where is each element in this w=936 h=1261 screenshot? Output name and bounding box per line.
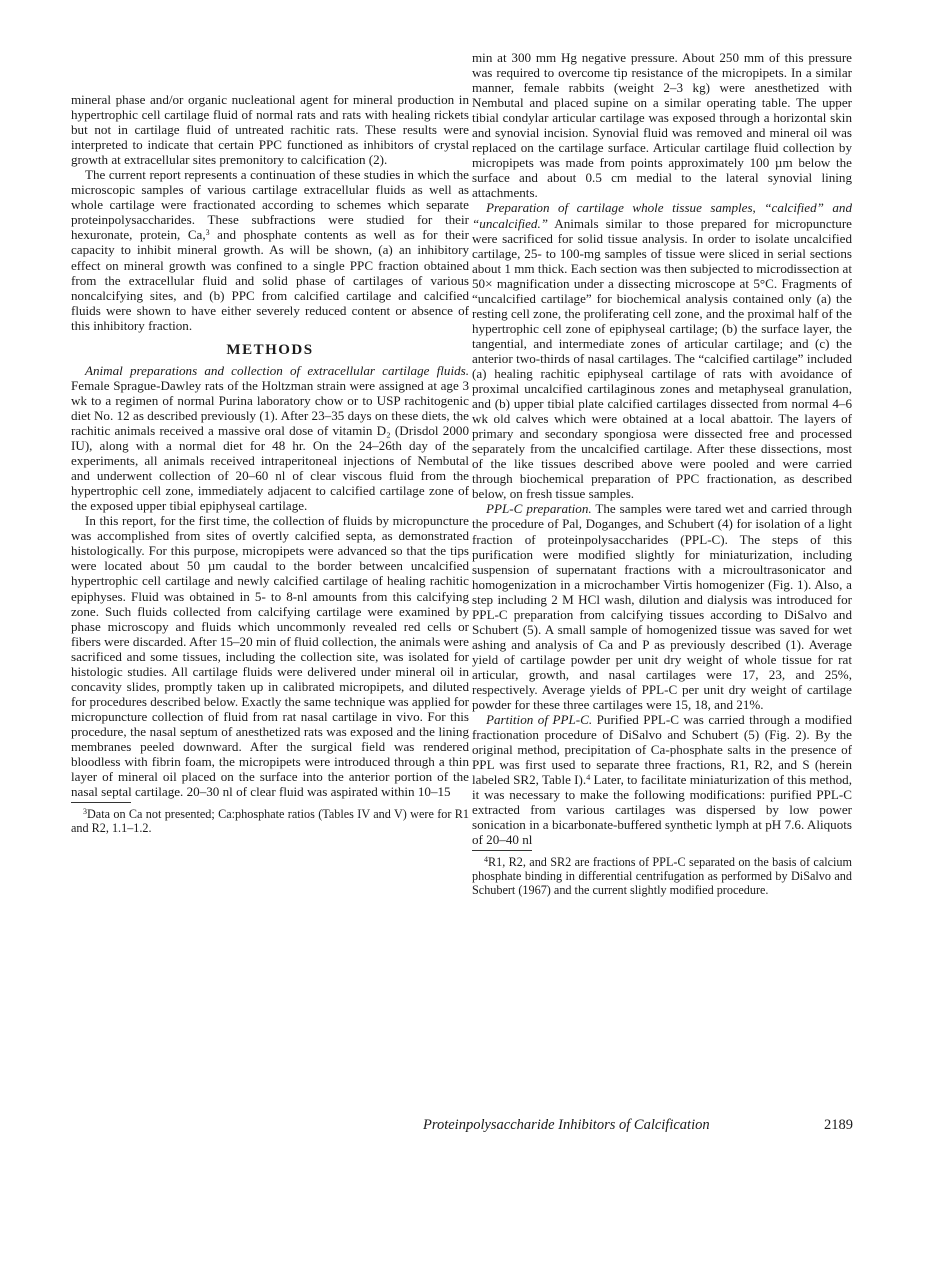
micropuncture-paragraph: In this report, for the first time, the … [71, 513, 469, 799]
intro-continuation-paragraph: mineral phase and/or organic nucleationa… [71, 92, 469, 167]
footnote-divider [472, 850, 532, 851]
partition-subheading: Partition of PPL-C. [486, 712, 592, 727]
footnote-4: 4R1, R2, and SR2 are fractions of PPL-C … [472, 856, 852, 897]
pplc-prep-subheading: PPL-C preparation. [486, 501, 592, 516]
footnote-divider [71, 802, 131, 803]
running-title: Proteinpolysaccharide Inhibitors of Calc… [423, 1117, 710, 1134]
tissue-prep-paragraph: Preparation of cartilage whole tissue sa… [472, 200, 852, 501]
footnote-3: 3Data on Ca not presented; Ca:phosphate … [71, 808, 469, 836]
running-footer: Proteinpolysaccharide Inhibitors of Calc… [423, 1117, 853, 1134]
pplc-prep-paragraph: PPL-C preparation. The samples were tare… [472, 501, 852, 712]
animal-prep-subheading: Animal preparations and collection of ex… [85, 363, 469, 378]
partition-paragraph: Partition of PPL-C. Purified PPL-C was c… [472, 712, 852, 847]
current-report-paragraph: The current report represents a continua… [71, 167, 469, 333]
page-number: 2189 [824, 1117, 853, 1134]
left-column: mineral phase and/or organic nucleationa… [71, 92, 469, 836]
right-column: min at 300 mm Hg negative pressure. Abou… [472, 50, 852, 898]
rabbit-continuation-paragraph: min at 300 mm Hg negative pressure. Abou… [472, 50, 852, 200]
animal-prep-paragraph: Animal preparations and collection of ex… [71, 363, 469, 513]
methods-heading: METHODS [71, 343, 469, 358]
